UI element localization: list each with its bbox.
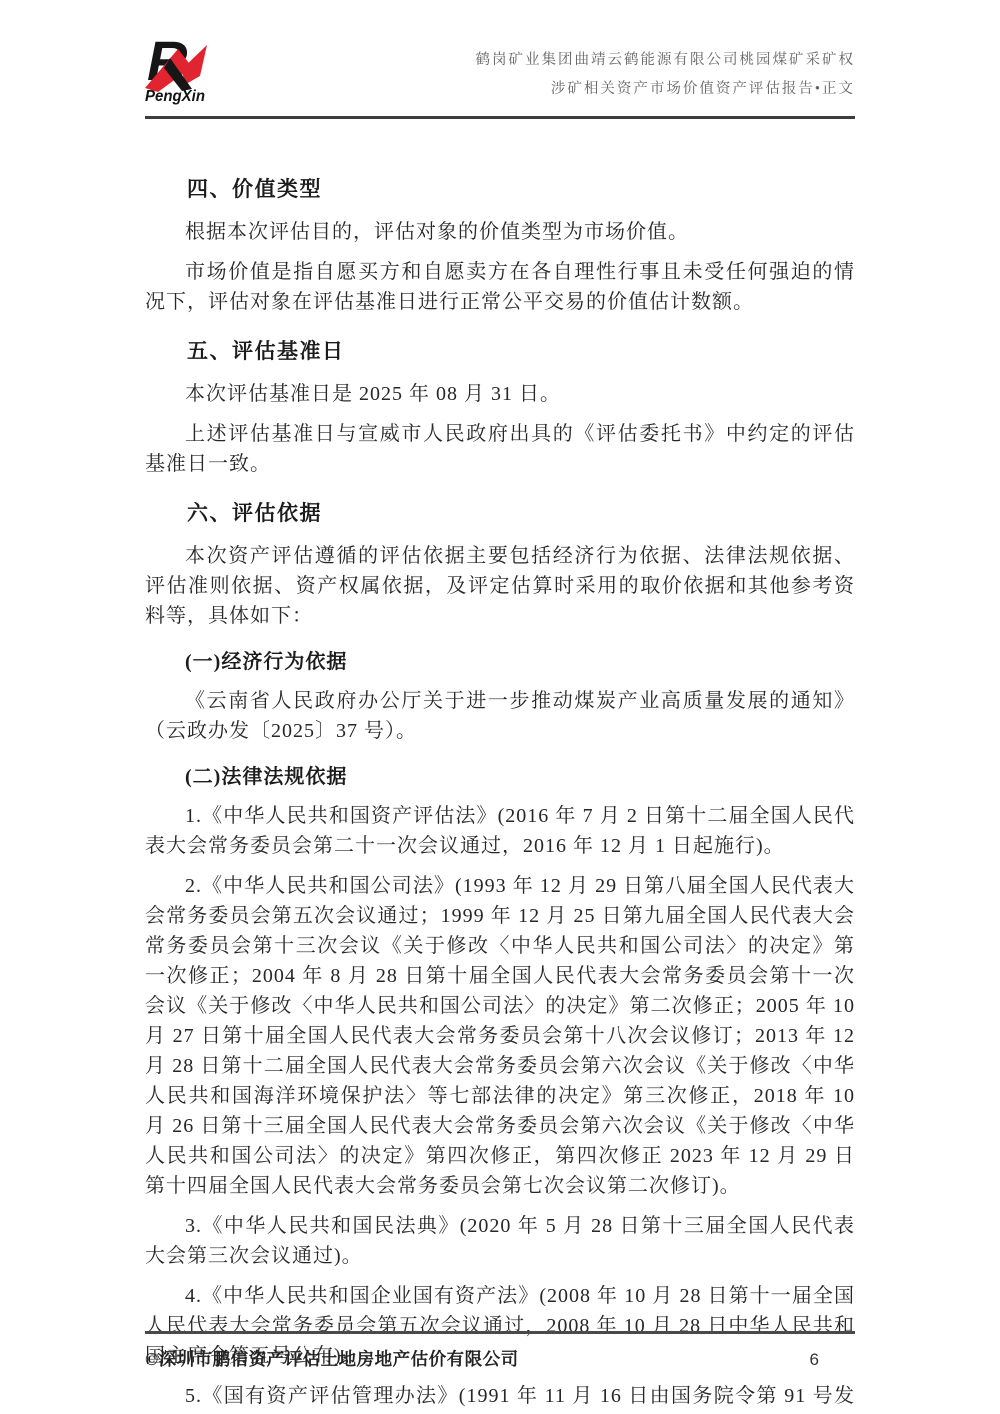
body-paragraph: 上述评估基准日与宣威市人民政府出具的《评估委托书》中约定的评估基准日一致。 xyxy=(145,419,855,479)
page-footer: ©深圳市鹏信资产评估土地房地产估价有限公司 6 xyxy=(145,1331,855,1371)
page-header: R PengXin 鹤岗矿业集团曲靖云鹤能源有限公司桃园煤矿采矿权 涉矿相关资产… xyxy=(145,30,855,110)
section-heading-valuation-date: 五、评估基准日 xyxy=(145,335,855,365)
body-paragraph: 市场价值是指自愿买方和自愿卖方在各自理性行事且未受任何强迫的情况下，评估对象在评… xyxy=(145,257,855,317)
body-paragraph: 《云南省人民政府办公厅关于进一步推动煤炭产业高质量发展的通知》（云政办发〔202… xyxy=(145,686,855,746)
document-body: 四、价值类型 根据本次评估目的，评估对象的价值类型为市场价值。 市场价值是指自愿… xyxy=(145,119,855,1411)
list-item-law-2: 2.《中华人民共和国公司法》(1993 年 12 月 29 日第八届全国人民代表… xyxy=(145,871,855,1201)
page-number: 6 xyxy=(810,1350,819,1370)
section-heading-value-type: 四、价值类型 xyxy=(145,173,855,203)
running-header: 鹤岗矿业集团曲靖云鹤能源有限公司桃园煤矿采矿权 涉矿相关资产市场价值资产评估报告… xyxy=(476,30,856,104)
footer-divider xyxy=(145,1331,855,1334)
subsection-heading-laws-regulations: (二)法律法规依据 xyxy=(145,760,855,789)
list-item-law-5: 5.《国有资产评估管理办法》(1991 年 11 月 16 日由国务院令第 91… xyxy=(145,1381,855,1411)
list-item-law-3: 3.《中华人民共和国民法典》(2020 年 5 月 28 日第十三届全国人民代表… xyxy=(145,1211,855,1271)
logo-wordmark: PengXin xyxy=(145,88,265,106)
pengxin-logo-icon: R xyxy=(145,30,265,94)
footer-copyright: ©深圳市鹏信资产评估土地房地产估价有限公司 xyxy=(145,1346,519,1371)
running-header-line1: 鹤岗矿业集团曲靖云鹤能源有限公司桃园煤矿采矿权 xyxy=(476,46,856,75)
body-paragraph: 本次资产评估遵循的评估依据主要包括经济行为依据、法律法规依据、评估准则依据、资产… xyxy=(145,541,855,631)
list-item-law-1: 1.《中华人民共和国资产评估法》(2016 年 7 月 2 日第十二届全国人民代… xyxy=(145,801,855,861)
report-page: R PengXin 鹤岗矿业集团曲靖云鹤能源有限公司桃园煤矿采矿权 涉矿相关资产… xyxy=(0,0,1000,1414)
body-paragraph: 根据本次评估目的，评估对象的价值类型为市场价值。 xyxy=(145,217,855,247)
body-paragraph: 本次评估基准日是 2025 年 08 月 31 日。 xyxy=(145,379,855,409)
subsection-heading-economic-behavior: (一)经济行为依据 xyxy=(145,645,855,674)
section-heading-valuation-basis: 六、评估依据 xyxy=(145,497,855,527)
running-header-line2: 涉矿相关资产市场价值资产评估报告•正文 xyxy=(476,75,856,104)
company-logo: R PengXin xyxy=(145,30,265,105)
